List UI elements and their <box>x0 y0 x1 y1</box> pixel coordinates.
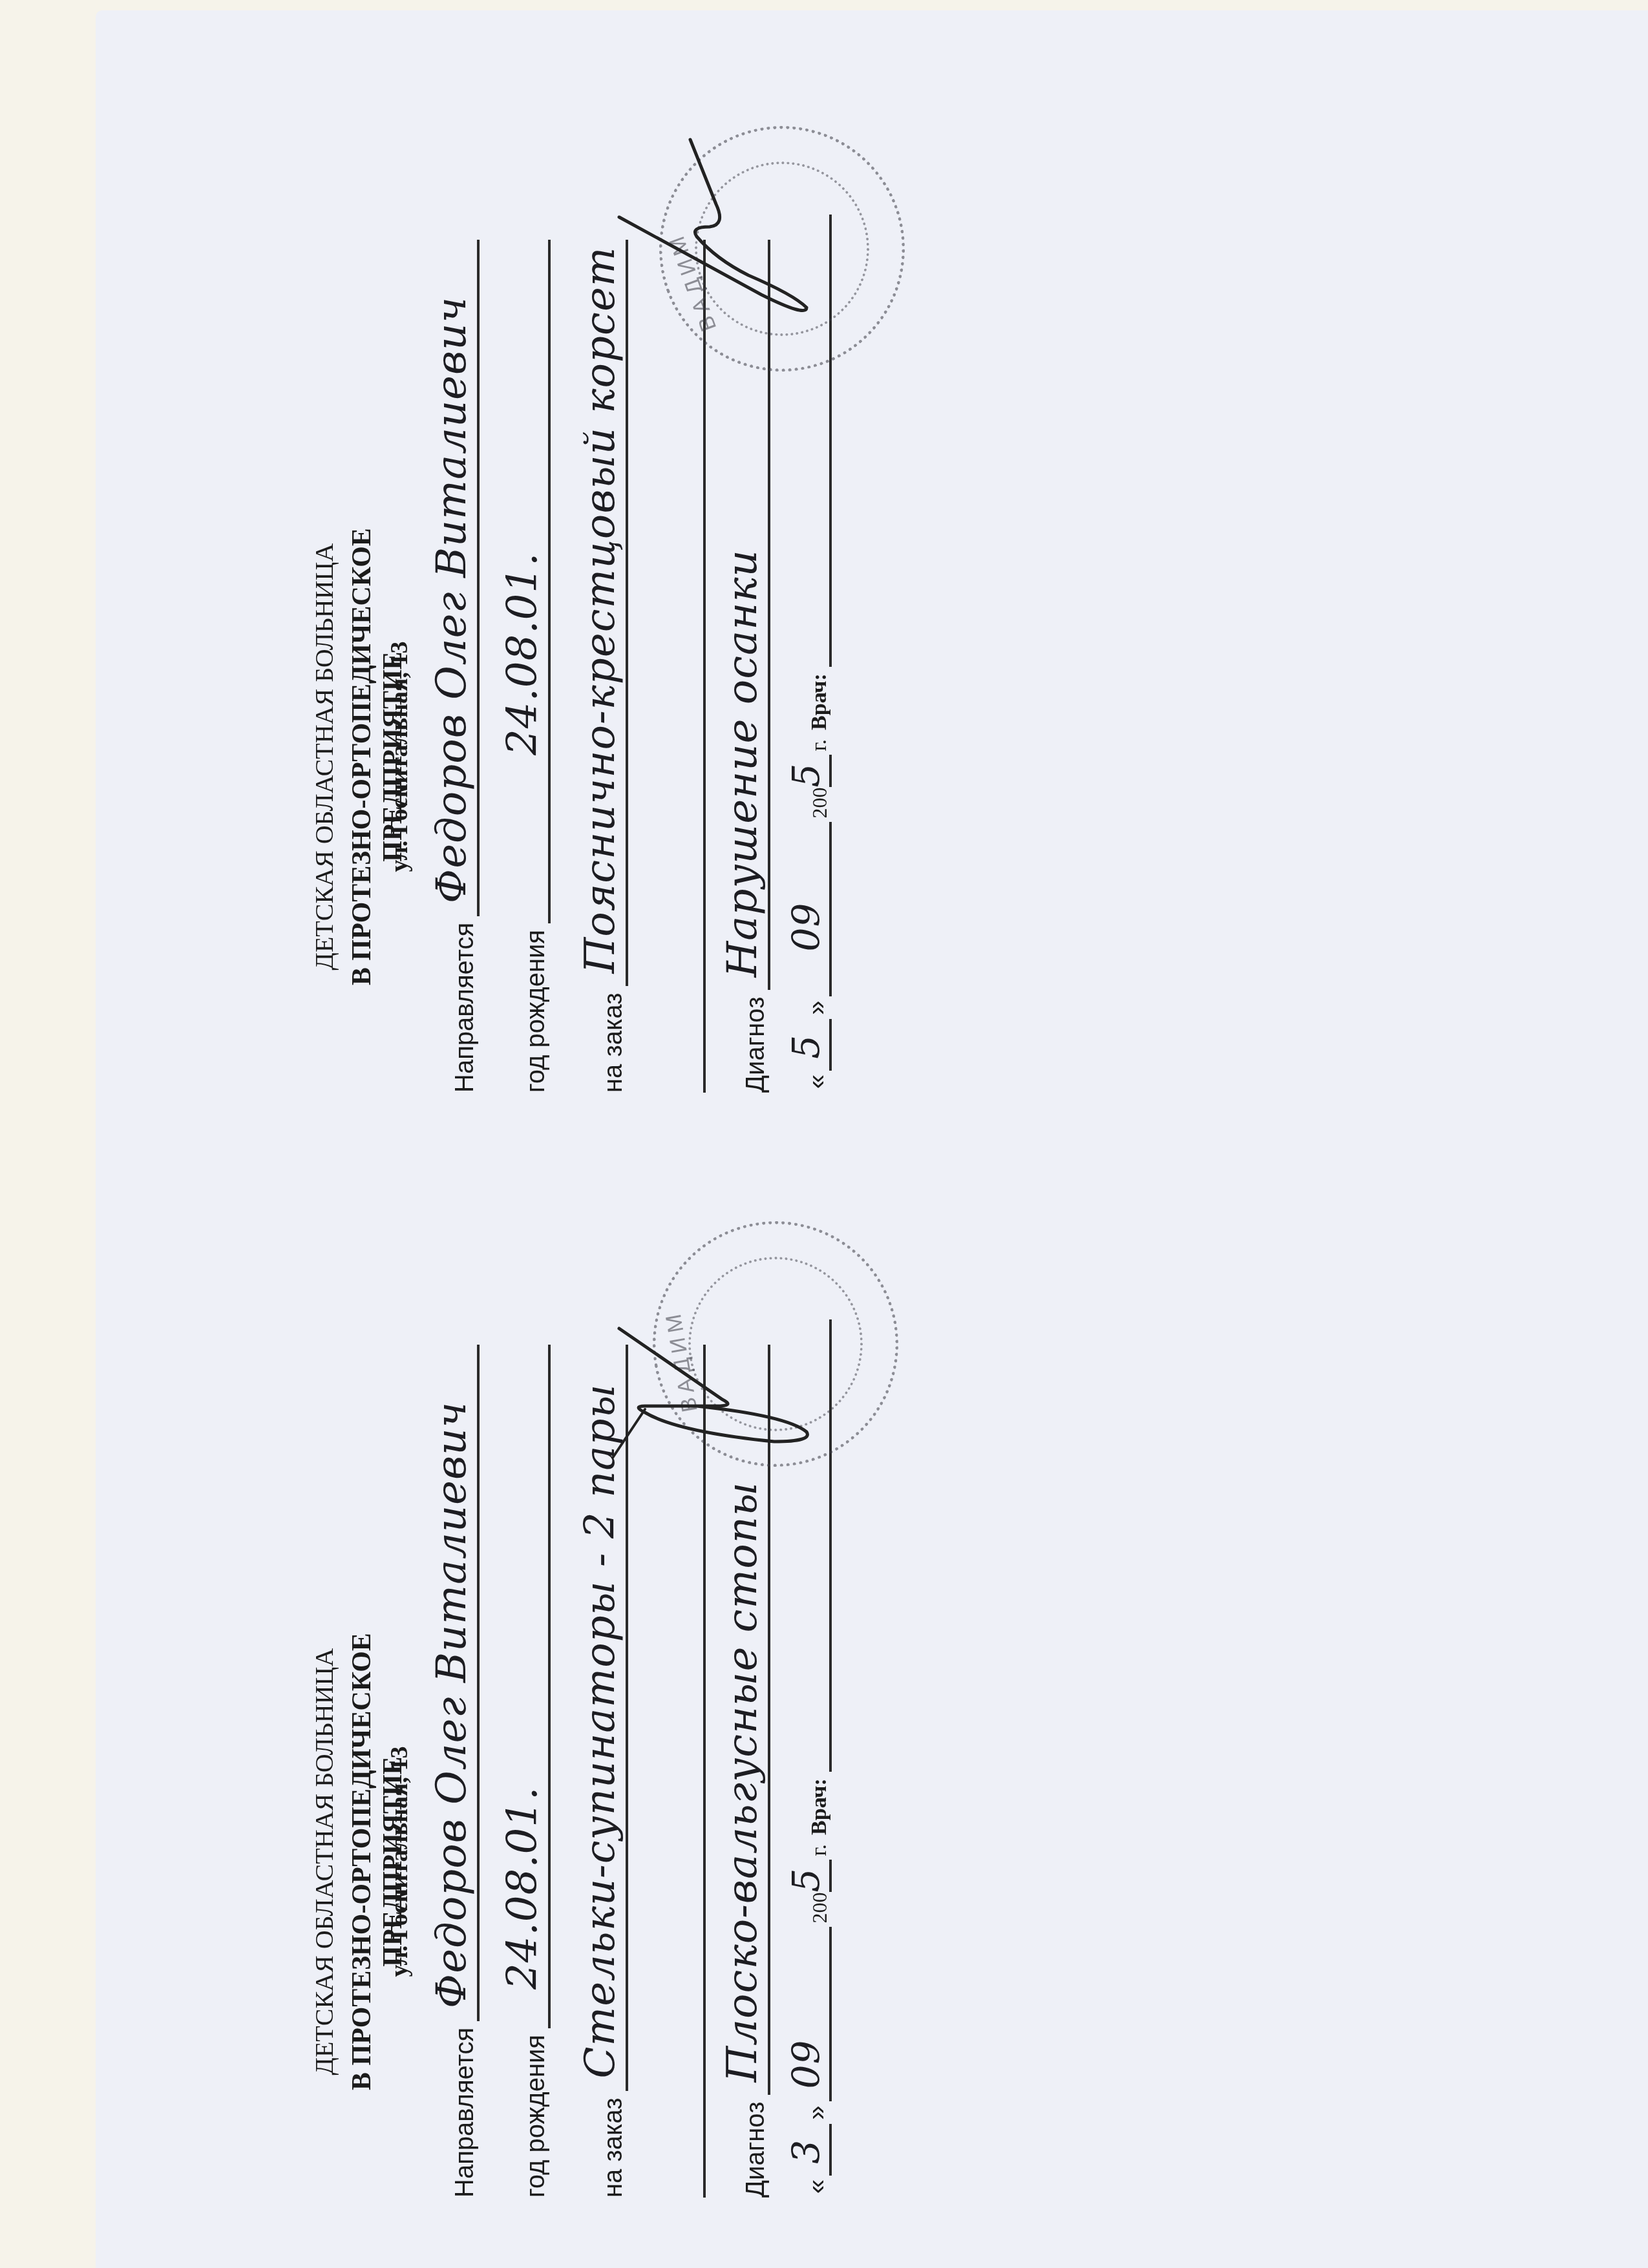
order-label: на заказ <box>599 986 628 1093</box>
birth-date: 24.08.01. <box>499 552 547 755</box>
quote-open: « <box>803 2176 832 2198</box>
year-prefix: 200 <box>808 1893 832 1927</box>
referred-field[interactable]: Федоров Олег Виталиевич <box>432 240 480 916</box>
quote-open: « <box>803 1071 832 1093</box>
quote-close: » <box>803 997 832 1019</box>
year-unit: г. <box>807 1835 832 1860</box>
referred-field[interactable]: Федоров Олег Виталиевич <box>432 1345 480 2021</box>
birth-label: год рождения <box>522 923 551 1093</box>
year-suffix: 5 <box>784 1868 828 1893</box>
month-field[interactable]: 09 <box>790 1927 832 2102</box>
hospital-name: ДЕТСКАЯ ОБЛАСТНАЯ БОЛЬНИЦА <box>309 421 339 1093</box>
birth-row: год рождения 24.08.01. <box>503 1345 551 2198</box>
birth-date: 24.08.01. <box>499 1787 547 1990</box>
birth-field[interactable]: 24.08.01. <box>503 240 551 923</box>
order-label: на заказ <box>599 2091 628 2198</box>
patient-name: Федоров Олег Виталиевич <box>428 297 476 903</box>
year-unit: г. <box>807 730 832 755</box>
year-prefix: 200 <box>808 788 832 823</box>
year-field[interactable]: 5 <box>790 1860 832 1893</box>
month-value: 09 <box>784 903 828 952</box>
birth-row: год рождения 24.08.01. <box>503 240 551 1093</box>
year-field[interactable]: 5 <box>790 755 832 788</box>
address: ул. Госпитальная, 13 <box>385 421 414 1093</box>
day-value: 3 <box>784 2139 828 2164</box>
quote-close: » <box>803 2102 832 2124</box>
year-suffix: 5 <box>784 763 828 788</box>
birth-label: год рождения <box>522 2028 551 2198</box>
doctor-signature-right <box>613 178 884 375</box>
address: ул. Госпитальная, 13 <box>385 1526 414 2198</box>
hospital-name: ДЕТСКАЯ ОБЛАСТНАЯ БОЛЬНИЦА <box>309 1526 339 2198</box>
scanned-sheet: ДЕТСКАЯ ОБЛАСТНАЯ БОЛЬНИЦА В ПРОТЕЗНО-ОР… <box>96 10 1648 2268</box>
diagnosis-label: Диагноз <box>741 991 770 1093</box>
patient-name: Федоров Олег Виталиевич <box>428 1402 476 2008</box>
diagnosis-label: Диагноз <box>741 2095 770 2198</box>
day-field[interactable]: 3 <box>790 2124 832 2176</box>
day-field[interactable]: 5 <box>790 1019 832 1071</box>
referred-label: Направляется <box>450 916 480 1093</box>
doctor-signature-left <box>619 1328 891 1538</box>
month-field[interactable]: 09 <box>790 823 832 997</box>
referred-row: Направляется Федоров Олег Виталиевич <box>432 1345 480 2198</box>
day-value: 5 <box>784 1034 828 1059</box>
doctor-label: Врач: <box>807 1772 832 1835</box>
referred-label: Направляется <box>450 2021 480 2198</box>
doctor-label: Врач: <box>807 667 832 730</box>
referred-row: Направляется Федоров Олег Виталиевич <box>432 240 480 1093</box>
diagnosis-text: Плоско-вальгусные стопы <box>719 1482 766 2083</box>
month-value: 09 <box>784 2040 828 2089</box>
order-item: Стельки-супинаторы - 2 пары <box>576 1383 624 2078</box>
diagnosis-text: Нарушение осанки <box>719 549 766 977</box>
birth-field[interactable]: 24.08.01. <box>503 1345 551 2028</box>
